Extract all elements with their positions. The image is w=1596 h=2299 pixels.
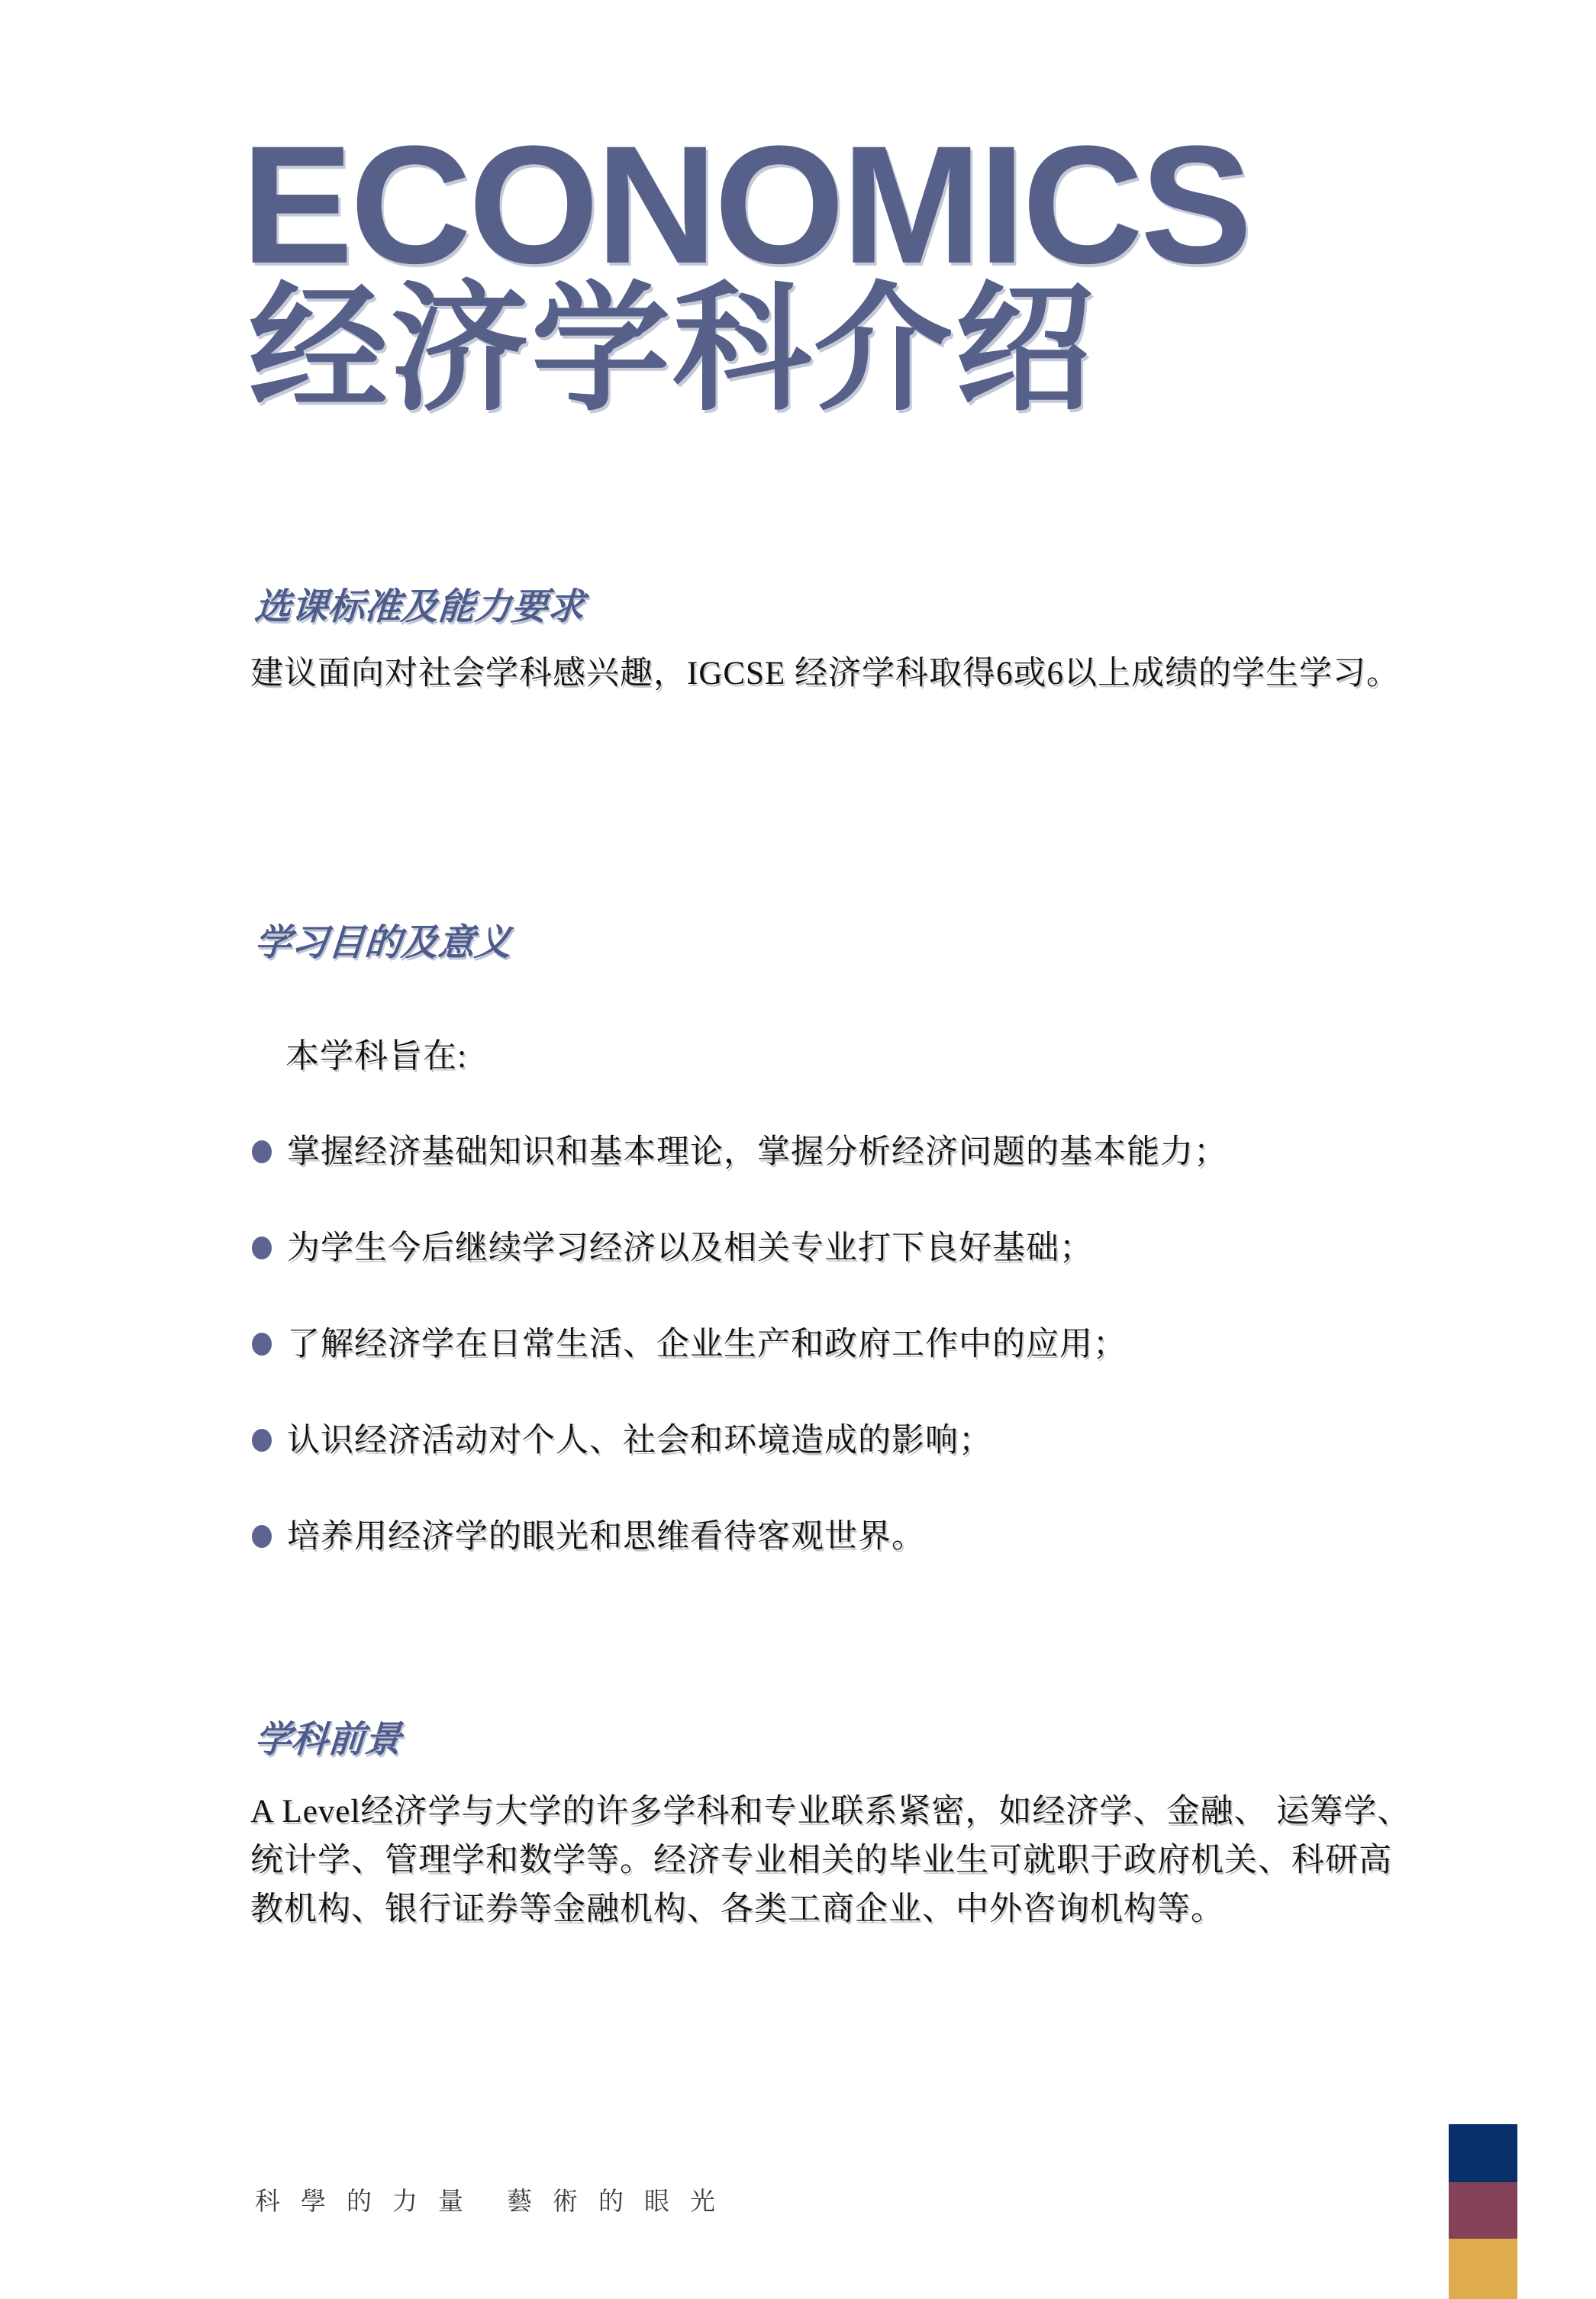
footer-slogan-science: 科學的力量 <box>255 2188 484 2216</box>
prospects-paragraph-line: A Level经济学与大学的许多学科和专业联系紧密，如经济学、金融、 运筹学、 <box>250 1788 1411 1836</box>
bullet-dot-icon <box>252 1237 272 1259</box>
bullet-dot-icon <box>252 1525 272 1548</box>
section-heading-selection-criteria: 选课标准及能力要求 <box>253 589 585 626</box>
prospects-paragraph-line: 统计学、管理学和数学等。经济专业相关的毕业生可就职于政府机关、科研高 <box>250 1836 1411 1885</box>
purpose-intro-text: 本学科旨在: <box>285 1035 467 1077</box>
prospects-paragraph: A Level经济学与大学的许多学科和专业联系紧密，如经济学、金融、 运筹学、 … <box>250 1788 1411 1934</box>
page-subtitle: 经济学科介绍 <box>249 279 1096 418</box>
bullet-dot-icon <box>252 1140 272 1163</box>
maroon-square <box>1449 2182 1517 2239</box>
bullet-item: 了解经济学在日常生活、企业生产和政府工作中的应用； <box>252 1325 1227 1421</box>
bullet-item: 培养用经济学的眼光和思维看待客观世界。 <box>252 1517 1227 1614</box>
bullet-item: 掌握经济基础知识和基本理论，掌握分析经济问题的基本能力； <box>252 1133 1227 1229</box>
bullet-text: 认识经济活动对个人、社会和环境造成的影响； <box>287 1421 992 1461</box>
bullet-dot-icon <box>252 1429 272 1452</box>
brand-color-squares <box>1449 2124 1517 2299</box>
selection-criteria-text: 建议面向对社会学科感兴趣，IGCSE 经济学科取得6或6以上成绩的学生学习。 <box>250 653 1400 695</box>
section-heading-subject-prospects: 学科前景 <box>253 1722 402 1759</box>
footer-slogan: 科學的力量藝術的眼光 <box>255 2181 736 2217</box>
bullet-dot-icon <box>252 1333 272 1356</box>
footer-slogan-art: 藝術的眼光 <box>507 2188 736 2216</box>
bullet-item: 为学生今后继续学习经济以及相关专业打下良好基础； <box>252 1229 1227 1325</box>
gold-square <box>1449 2239 1517 2299</box>
section-heading-learning-purpose: 学习目的及意义 <box>253 925 512 962</box>
bullet-item: 认识经济活动对个人、社会和环境造成的影响； <box>252 1421 1227 1517</box>
page-title: ECONOMICS <box>241 121 1249 289</box>
bullet-text: 了解经济学在日常生活、企业生产和政府工作中的应用； <box>287 1325 1127 1365</box>
navy-square <box>1449 2124 1517 2182</box>
bullet-text: 为学生今后继续学习经济以及相关专业打下良好基础； <box>287 1229 1093 1269</box>
bullet-text: 培养用经济学的眼光和思维看待客观世界。 <box>287 1517 925 1557</box>
prospects-paragraph-line: 教机构、银行证券等金融机构、各类工商企业、中外咨询机构等。 <box>250 1885 1411 1934</box>
brochure-page: ECONOMICS 经济学科介绍 选课标准及能力要求 建议面向对社会学科感兴趣，… <box>0 0 1596 2299</box>
bullet-text: 掌握经济基础知识和基本理论，掌握分析经济问题的基本能力； <box>287 1133 1227 1172</box>
purpose-bullet-list: 掌握经济基础知识和基本理论，掌握分析经济问题的基本能力； 为学生今后继续学习经济… <box>252 1133 1227 1614</box>
